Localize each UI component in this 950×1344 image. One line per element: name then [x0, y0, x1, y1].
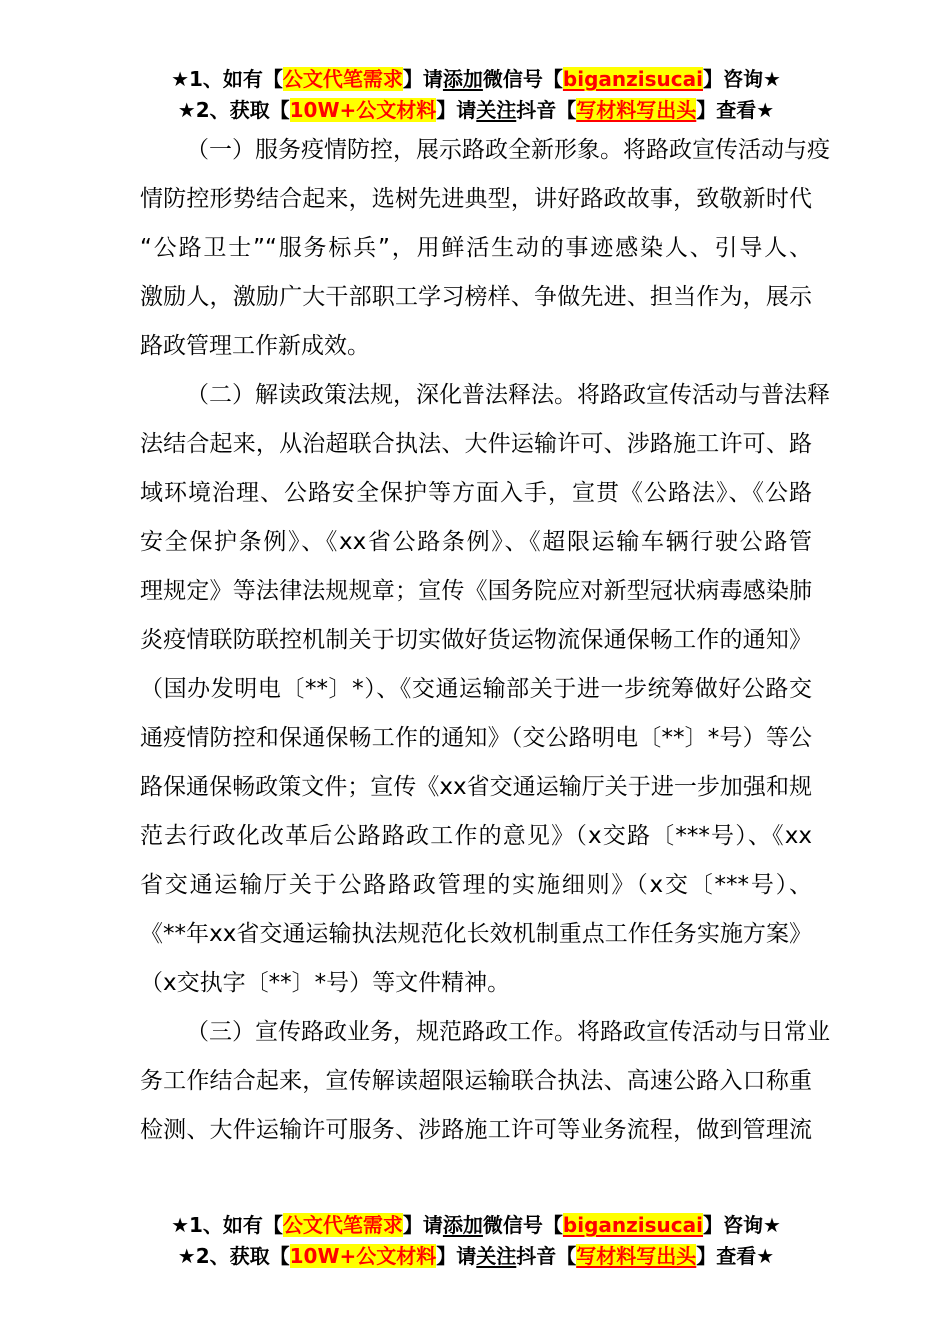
highlighted-keyword: biganzisucai [563, 1213, 703, 1237]
paragraph-2: （二）解读政策法规，深化普法释法。将路政宣传活动与普法释 法结合起来，从治超联合… [140, 371, 812, 1008]
document-page: ★1、如有【公文代笔需求】请添加微信号【biganzisucai】咨询★ ★2、… [0, 0, 950, 1344]
underlined-action: 添加 [443, 1213, 483, 1237]
notice-text: 抖音【 [516, 1244, 576, 1268]
text-line: （一）服务疫情防控，展示路政全新形象。将路政宣传活动与疫 [140, 126, 812, 175]
notice-text: 】请 [403, 1213, 443, 1237]
text-line: 务工作结合起来，宣传解读超限运输联合执法、高速公路入口称重 [140, 1057, 812, 1106]
text-line: （国办发明电〔**〕*）、《交通运输部关于进一步统筹做好公路交 [140, 665, 812, 714]
underlined-action: 关注 [476, 98, 516, 122]
text-line: 路保通保畅政策文件；宣传《xx省交通运输厅关于进一步加强和规 [140, 763, 812, 812]
notice-text: 】查看★ [696, 1244, 774, 1268]
promo-footer-line-2: ★2、获取【10W+公文材料】请关注抖音【写材料写出头】查看★ [140, 1241, 812, 1272]
text-line: 域环境治理、公路安全保护等方面入手，宣贯《公路法》、《公路 [140, 469, 812, 518]
text-line: “公路卫士”“服务标兵”，用鲜活生动的事迹感染人、引导人、 [140, 224, 812, 273]
notice-text: 微信号【 [483, 67, 563, 91]
promo-notice-footer: ★1、如有【公文代笔需求】请添加微信号【biganzisucai】咨询★ ★2、… [140, 1210, 812, 1272]
document-body: （一）服务疫情防控，展示路政全新形象。将路政宣传活动与疫 情防控形势结合起来，选… [140, 126, 812, 1155]
paragraph-1: （一）服务疫情防控，展示路政全新形象。将路政宣传活动与疫 情防控形势结合起来，选… [140, 126, 812, 371]
text-line: 炎疫情联防联控机制关于切实做好货运物流保通保畅工作的通知》 [140, 616, 812, 665]
notice-text: 抖音【 [516, 98, 576, 122]
text-line: 法结合起来，从治超联合执法、大件运输许可、涉路施工许可、路 [140, 420, 812, 469]
text-line: 《**年xx省交通运输执法规范化长效机制重点工作任务实施方案》 [140, 910, 812, 959]
highlighted-keyword: 公文代笔需求 [283, 67, 403, 91]
text-line: （x交执字〔**〕*号）等文件精神。 [140, 959, 812, 1008]
promo-footer-line-1: ★1、如有【公文代笔需求】请添加微信号【biganzisucai】咨询★ [140, 1210, 812, 1241]
text-line: 激励人，激励广大干部职工学习榜样、争做先进、担当作为，展示 [140, 273, 812, 322]
notice-text: 】咨询★ [703, 1213, 781, 1237]
text-line: 省交通运输厅关于公路路政管理的实施细则》（x交〔***号）、 [140, 861, 812, 910]
paragraph-3: （三）宣传路政业务，规范路政工作。将路政宣传活动与日常业 务工作结合起来，宣传解… [140, 1008, 812, 1155]
promo-notice-header: ★1、如有【公文代笔需求】请添加微信号【biganzisucai】咨询★ ★2、… [140, 64, 812, 126]
text-line: （二）解读政策法规，深化普法释法。将路政宣传活动与普法释 [140, 371, 812, 420]
text-line: 路政管理工作新成效。 [140, 322, 812, 371]
highlighted-keyword: 10W+公文材料 [290, 98, 437, 122]
highlighted-keyword: 写材料写出头 [576, 1244, 696, 1268]
highlighted-keyword: 10W+公文材料 [290, 1244, 437, 1268]
text-line: （三）宣传路政业务，规范路政工作。将路政宣传活动与日常业 [140, 1008, 812, 1057]
notice-text: 】请 [436, 98, 476, 122]
promo-header-line-2: ★2、获取【10W+公文材料】请关注抖音【写材料写出头】查看★ [140, 95, 812, 126]
notice-text: ★1、如有【 [171, 1213, 283, 1237]
text-line: 检测、大件运输许可服务、涉路施工许可等业务流程，做到管理流 [140, 1106, 812, 1155]
highlighted-keyword: 写材料写出头 [576, 98, 696, 122]
notice-text: 微信号【 [483, 1213, 563, 1237]
text-line: 通疫情防控和保通保畅工作的通知》（交公路明电〔**〕*号）等公 [140, 714, 812, 763]
text-line: 情防控形势结合起来，选树先进典型，讲好路政故事，致敬新时代 [140, 175, 812, 224]
text-line: 范去行政化改革后公路路政工作的意见》（x交路〔***号）、《xx [140, 812, 812, 861]
underlined-action: 添加 [443, 67, 483, 91]
notice-text: ★1、如有【 [171, 67, 283, 91]
text-line: 理规定》等法律法规规章；宣传《国务院应对新型冠状病毒感染肺 [140, 567, 812, 616]
underlined-action: 关注 [476, 1244, 516, 1268]
notice-text: 】请 [436, 1244, 476, 1268]
text-line: 安全保护条例》、《xx省公路条例》、《超限运输车辆行驶公路管 [140, 518, 812, 567]
notice-text: 】咨询★ [703, 67, 781, 91]
notice-text: ★2、获取【 [178, 98, 290, 122]
notice-text: 】请 [403, 67, 443, 91]
notice-text: 】查看★ [696, 98, 774, 122]
notice-text: ★2、获取【 [178, 1244, 290, 1268]
highlighted-keyword: biganzisucai [563, 67, 703, 91]
promo-header-line-1: ★1、如有【公文代笔需求】请添加微信号【biganzisucai】咨询★ [140, 64, 812, 95]
highlighted-keyword: 公文代笔需求 [283, 1213, 403, 1237]
